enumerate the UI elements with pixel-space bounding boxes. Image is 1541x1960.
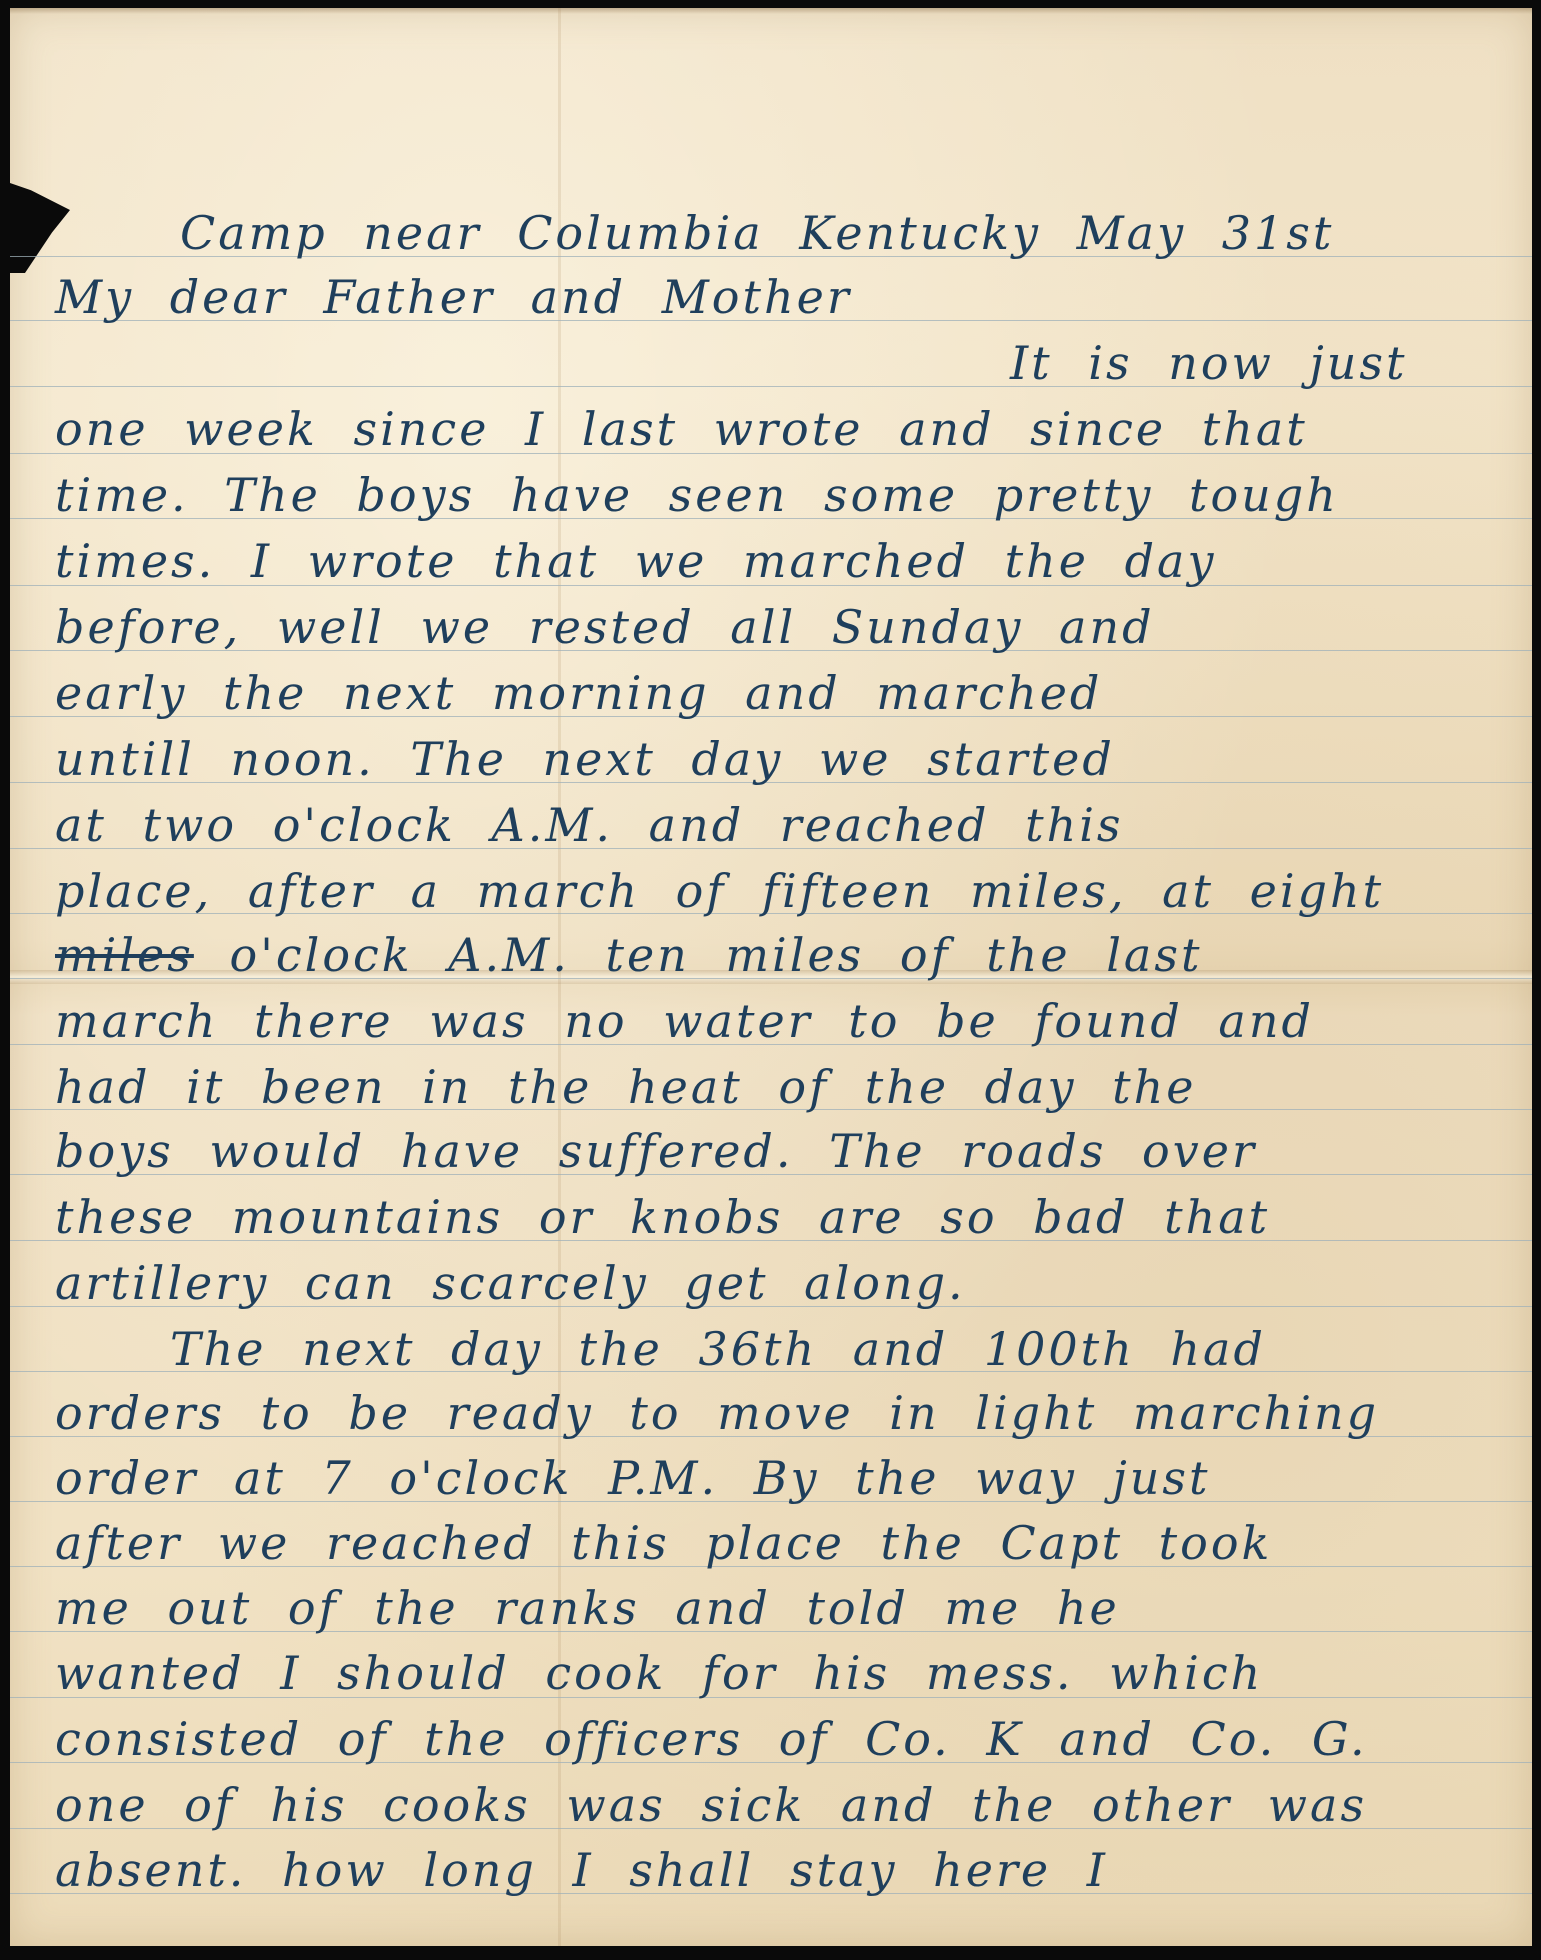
letter-line: at two o'clock A.M. and reached this <box>55 802 1512 848</box>
letter-line: time. The boys have seen some pretty tou… <box>55 472 1512 518</box>
letter-line: one week since I last wrote and since th… <box>55 406 1512 452</box>
letter-line: march there was no water to be found and <box>55 998 1512 1044</box>
letter-paragraph-start: The next day the 36th and 100th had <box>170 1326 1512 1372</box>
letter-line: one of his cooks was sick and the other … <box>55 1782 1512 1828</box>
letter-line: consisted of the officers of Co. K and C… <box>55 1716 1512 1762</box>
letter-line: had it been in the heat of the day the <box>55 1064 1512 1110</box>
letter-line: untill noon. The next day we started <box>55 736 1512 782</box>
letter-line: orders to be ready to move in light marc… <box>55 1390 1512 1436</box>
letter-page: Camp near Columbia Kentucky May 31st My … <box>10 8 1532 1946</box>
torn-corner <box>10 183 70 273</box>
letter-line: order at 7 o'clock P.M. By the way just <box>55 1455 1512 1501</box>
letter-line: artillery can scarcely get along. <box>55 1260 1512 1306</box>
letter-line: wanted I should cook for his mess. which <box>55 1650 1512 1696</box>
letter-line: boys would have suffered. The roads over <box>55 1128 1512 1174</box>
letter-line: these mountains or knobs are so bad that <box>55 1194 1512 1240</box>
letter-line: It is now just <box>1010 340 1512 386</box>
letter-line: times. I wrote that we marched the day <box>55 538 1512 584</box>
letter-heading: Camp near Columbia Kentucky May 31st <box>180 210 1512 256</box>
struck-word: miles <box>55 928 194 982</box>
letter-line: absent. how long I shall stay here I <box>55 1847 1512 1893</box>
torn-top-edge <box>10 8 1532 14</box>
letter-line-text: o'clock A.M. ten miles of the last <box>230 928 1203 982</box>
letter-salutation: My dear Father and Mother <box>55 274 1512 320</box>
letter-line: me out of the ranks and told me he <box>55 1585 1512 1631</box>
letter-line: place, after a march of fifteen miles, a… <box>55 868 1512 914</box>
letter-line: early the next morning and marched <box>55 670 1512 716</box>
letter-line-with-strikeout: miles o'clock A.M. ten miles of the last <box>55 932 1512 978</box>
letter-line: before, well we rested all Sunday and <box>55 604 1512 650</box>
letter-line: after we reached this place the Capt too… <box>55 1520 1512 1566</box>
